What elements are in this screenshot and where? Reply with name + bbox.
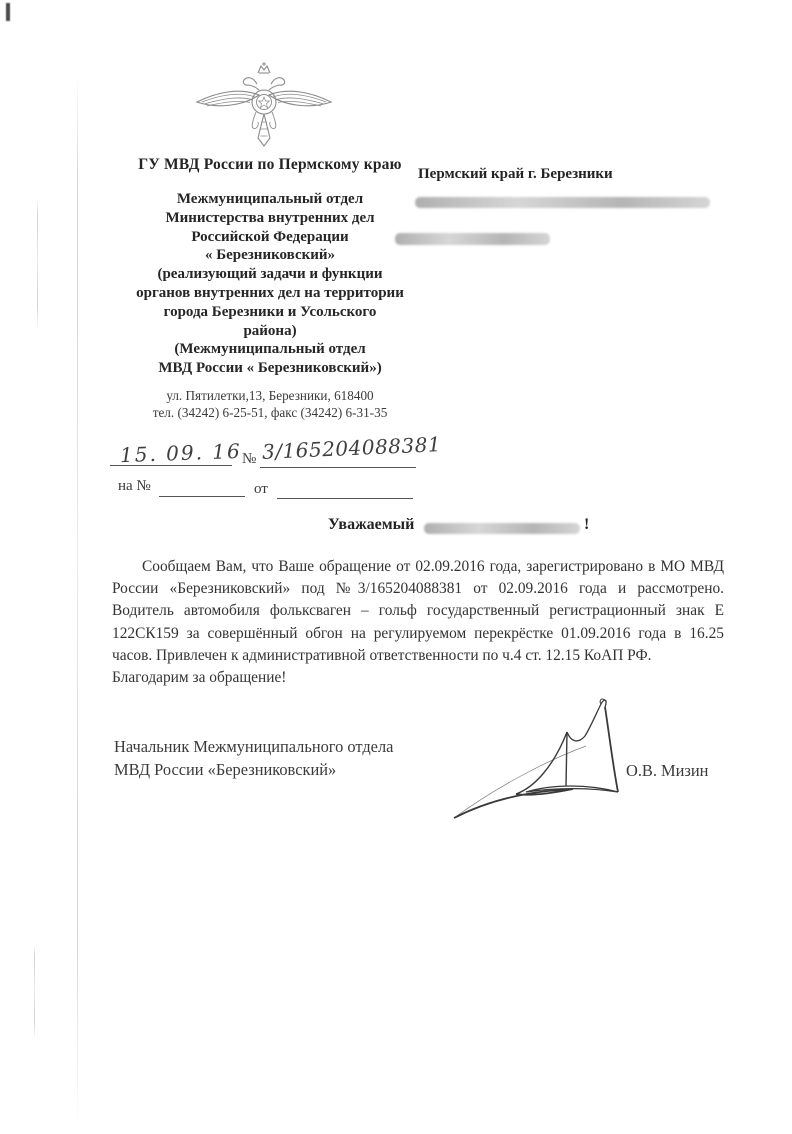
letterhead-right-column: Пермский край г. Березники [418,166,718,183]
number-underline [260,467,416,468]
scan-artifact-dash [6,3,10,21]
signature-flourish [438,688,738,828]
scan-artifact-streak [77,70,78,1134]
mvd-double-eagle-emblem [193,60,335,152]
outgoing-number-handwritten: 3/165204088381 [262,432,442,464]
org-line: Межмуниципальный отдел [98,190,442,209]
letterhead-title: ГУ МВД России по Пермскому краю [98,156,442,174]
body-closing: Благодарим за обращение! [112,667,724,689]
letterhead-org-block: Межмуниципальный отдел Министерства внут… [98,190,442,378]
org-line: Министерства внутренних дел [98,209,442,228]
signer-position: Начальник Межмуниципального отдела МВД Р… [114,736,393,781]
reply-date-label: от [254,481,268,498]
letter-body: Сообщаем Вам, что Ваше обращение от 02.0… [112,556,724,689]
org-line: « Березниковский» [98,246,442,265]
org-line: района) [98,322,442,341]
salutation-exclamation: ! [584,516,589,534]
org-line: города Березники и Усольского [98,303,442,322]
salutation-line: Уважаемый ! [328,516,414,538]
reply-date-underline [277,498,413,499]
scan-artifact-streak [34,945,35,1040]
redacted-text-bar [415,197,710,208]
salutation-prefix: Уважаемый [328,516,414,533]
org-line: МВД России « Березниковский») [98,359,442,378]
org-line: Российской Федерации [98,228,442,247]
org-line: (реализующий задачи и функции [98,265,442,284]
body-paragraph: Сообщаем Вам, что Ваше обращение от 02.0… [112,556,724,667]
address-line: тел. (34242) 6-25-51, факс (34242) 6-31-… [98,404,442,421]
redacted-text-bar [395,233,550,245]
org-line: органов внутренних дел на территории [98,284,442,303]
scan-artifact-streak [37,200,38,330]
letterhead-address: ул. Пятилетки,13, Березники, 618400 тел.… [98,387,442,421]
date-underline [110,465,232,466]
recipient-location: Пермский край г. Березники [418,166,718,183]
signer-position-line: МВД России «Березниковский» [114,759,393,782]
signer-position-line: Начальник Межмуниципального отдела [114,736,393,759]
address-line: ул. Пятилетки,13, Березники, 618400 [98,387,442,404]
number-sign-label: № [242,451,256,468]
scanned-letter-page: ГУ МВД России по Пермскому краю Межмуниц… [0,0,792,1134]
redacted-name-bar [424,523,580,534]
reply-number-underline [159,496,245,497]
org-line: (Межмуниципальный отдел [98,340,442,359]
reply-number-label: на № [118,478,151,495]
signer-name: О.В. Мизин [626,761,708,781]
letterhead-left-column: ГУ МВД России по Пермскому краю Межмуниц… [98,156,442,421]
outgoing-date-handwritten: 15. 09. 16 [120,439,243,467]
